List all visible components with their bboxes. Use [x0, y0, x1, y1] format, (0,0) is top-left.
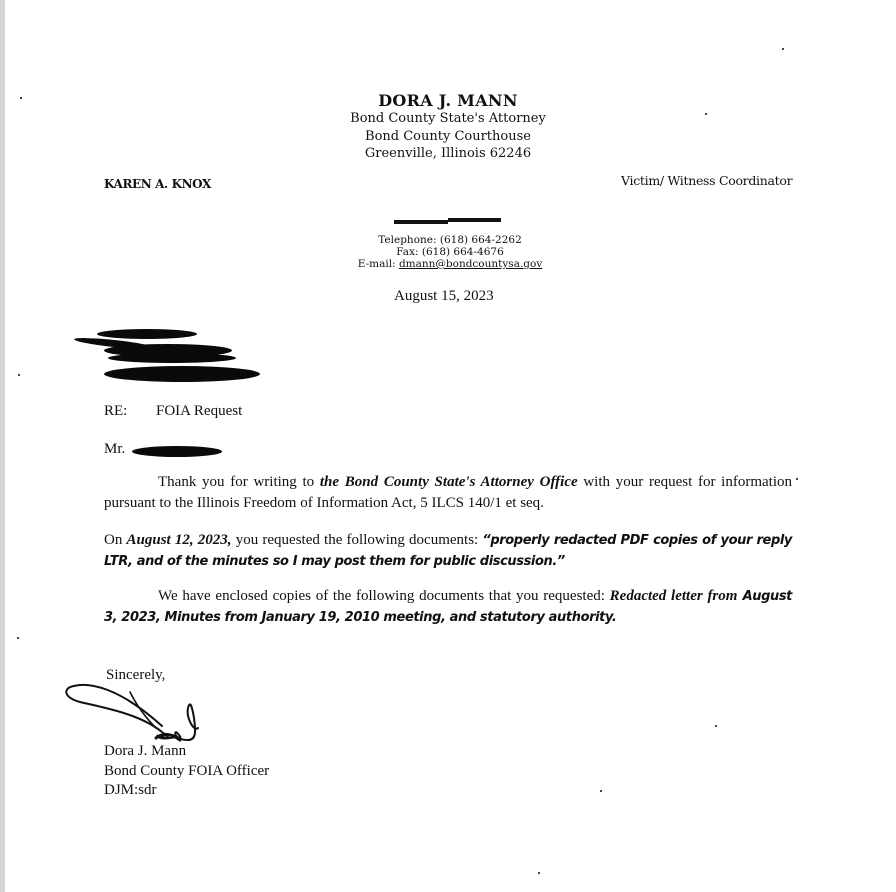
scan-speck	[796, 478, 798, 480]
office-name: the Bond County State's Attorney Office	[320, 474, 578, 490]
re-label: RE:	[104, 403, 127, 420]
attorney-name: DORA J. MANN	[300, 91, 596, 110]
signer-title: Bond County FOIA Officer	[104, 762, 269, 782]
scan-speck	[600, 790, 602, 792]
scan-speck	[17, 637, 19, 639]
telephone: Telephone: (618) 664-2262	[330, 234, 570, 246]
fax: Fax: (618) 664-4676	[330, 246, 570, 258]
signature-icon	[60, 678, 210, 750]
scan-speck	[782, 48, 784, 50]
office-city: Greenville, Illinois 62246	[300, 145, 596, 163]
request-date: August 12, 2023,	[127, 532, 232, 548]
staff-name: KAREN A. KNOX	[104, 177, 211, 191]
scan-speck	[18, 374, 20, 376]
paragraph-enclosed: We have enclosed copies of the following…	[104, 586, 792, 628]
office-building: Bond County Courthouse	[300, 128, 596, 146]
reference-initials: DJM:sdr	[104, 781, 269, 801]
re-subject: FOIA Request	[156, 403, 242, 420]
salutation-text: Mr.	[104, 441, 125, 457]
scan-speck	[538, 872, 540, 874]
paragraph-request: On August 12, 2023, you requested the fo…	[104, 530, 792, 572]
salutation: Mr.	[104, 441, 125, 458]
attorney-title: Bond County State's Attorney	[300, 110, 596, 128]
email-label: E-mail:	[358, 258, 399, 270]
header-rule	[448, 218, 501, 222]
enclosed-docs: Redacted letter from	[610, 588, 738, 604]
staff-role: Victim/ Witness Coordinator	[621, 173, 792, 188]
header-rule	[394, 220, 448, 224]
contact-block: Telephone: (618) 664-2262 Fax: (618) 664…	[330, 234, 570, 270]
email-link[interactable]: dmann@bondcountysa.gov	[399, 258, 542, 270]
scan-speck	[715, 725, 717, 727]
letterhead: DORA J. MANN Bond County State's Attorne…	[300, 91, 596, 163]
signature-block: Dora J. Mann Bond County FOIA Officer DJ…	[104, 742, 269, 801]
page-edge-strip	[0, 0, 5, 892]
scan-speck	[705, 113, 707, 115]
signer-name: Dora J. Mann	[104, 742, 269, 762]
scan-speck	[20, 97, 22, 99]
paragraph-intro: Thank you for writing to the Bond County…	[104, 472, 792, 514]
letter-date: August 15, 2023	[394, 288, 494, 305]
redacted-recipient-name	[132, 446, 222, 457]
